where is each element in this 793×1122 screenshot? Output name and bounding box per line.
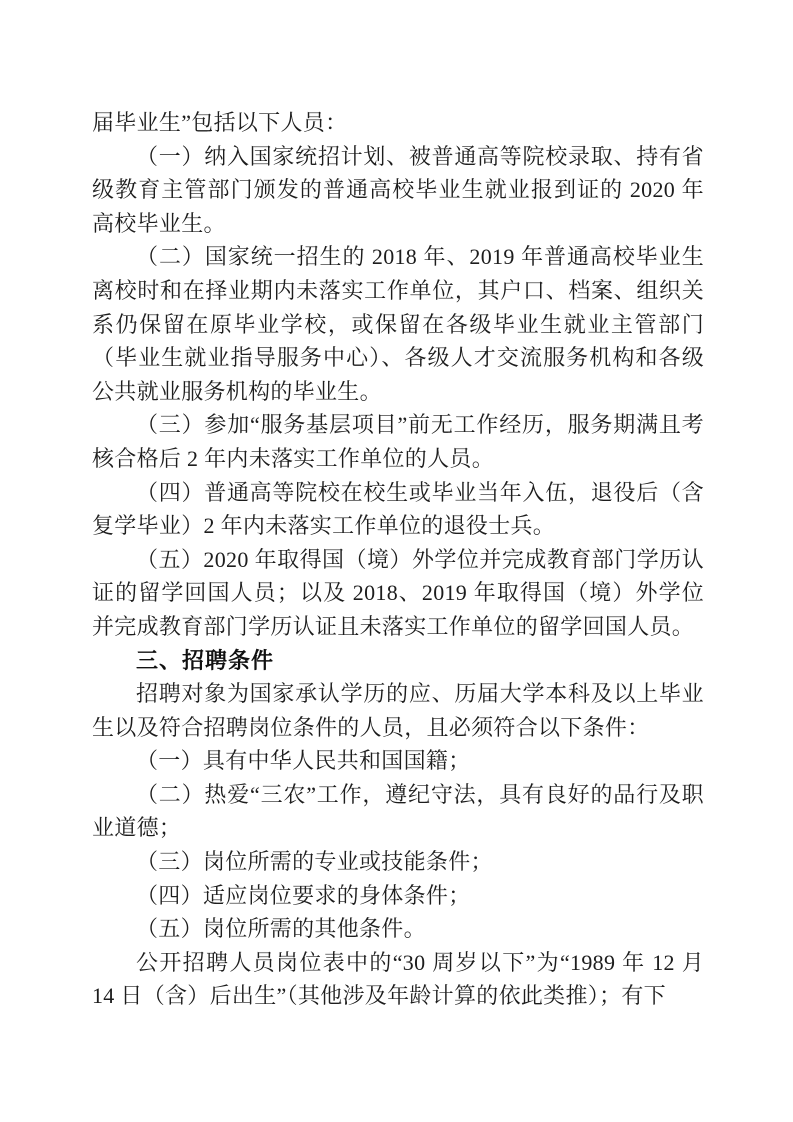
paragraph-continuation: 届毕业生”包括以下人员： [92,106,704,140]
document-body: 届毕业生”包括以下人员： （一）纳入国家统招计划、被普通高等院校录取、持有省级教… [92,106,704,1013]
paragraph-age-note: 公开招聘人员岗位表中的“30 周岁以下”为“1989 年 12 月 14 日（含… [92,946,704,1013]
paragraph-item-3: （三）参加“服务基层项目”前无工作经历，服务期满且考核合格后 2 年内未落实工作… [92,408,704,475]
paragraph-condition-4: （四）适应岗位要求的身体条件； [92,879,704,913]
paragraph-condition-5: （五）岗位所需的其他条件。 [92,912,704,946]
paragraph-item-5: （五）2020 年取得国（境）外学位并完成教育部门学历认证的留学回国人员；以及 … [92,543,704,644]
paragraph-item-1: （一）纳入国家统招计划、被普通高等院校录取、持有省级教育主管部门颁发的普通高校毕… [92,140,704,241]
paragraph-item-2: （二）国家统一招生的 2018 年、2019 年普通高校毕业生离校时和在择业期内… [92,240,704,408]
paragraph-conditions-intro: 招聘对象为国家承认学历的应、历届大学本科及以上毕业生以及符合招聘岗位条件的人员，… [92,677,704,744]
paragraph-condition-2: （二）热爱“三农”工作，遵纪守法，具有良好的品行及职业道德； [92,778,704,845]
paragraph-item-4: （四）普通高等院校在校生或毕业当年入伍，退役后（含复学毕业）2 年内未落实工作单… [92,476,704,543]
paragraph-condition-1: （一）具有中华人民共和国国籍； [92,744,704,778]
paragraph-condition-3: （三）岗位所需的专业或技能条件； [92,845,704,879]
document-page: 届毕业生”包括以下人员： （一）纳入国家统招计划、被普通高等院校录取、持有省级教… [0,0,793,1122]
section-heading-recruitment-conditions: 三、招聘条件 [92,644,704,678]
